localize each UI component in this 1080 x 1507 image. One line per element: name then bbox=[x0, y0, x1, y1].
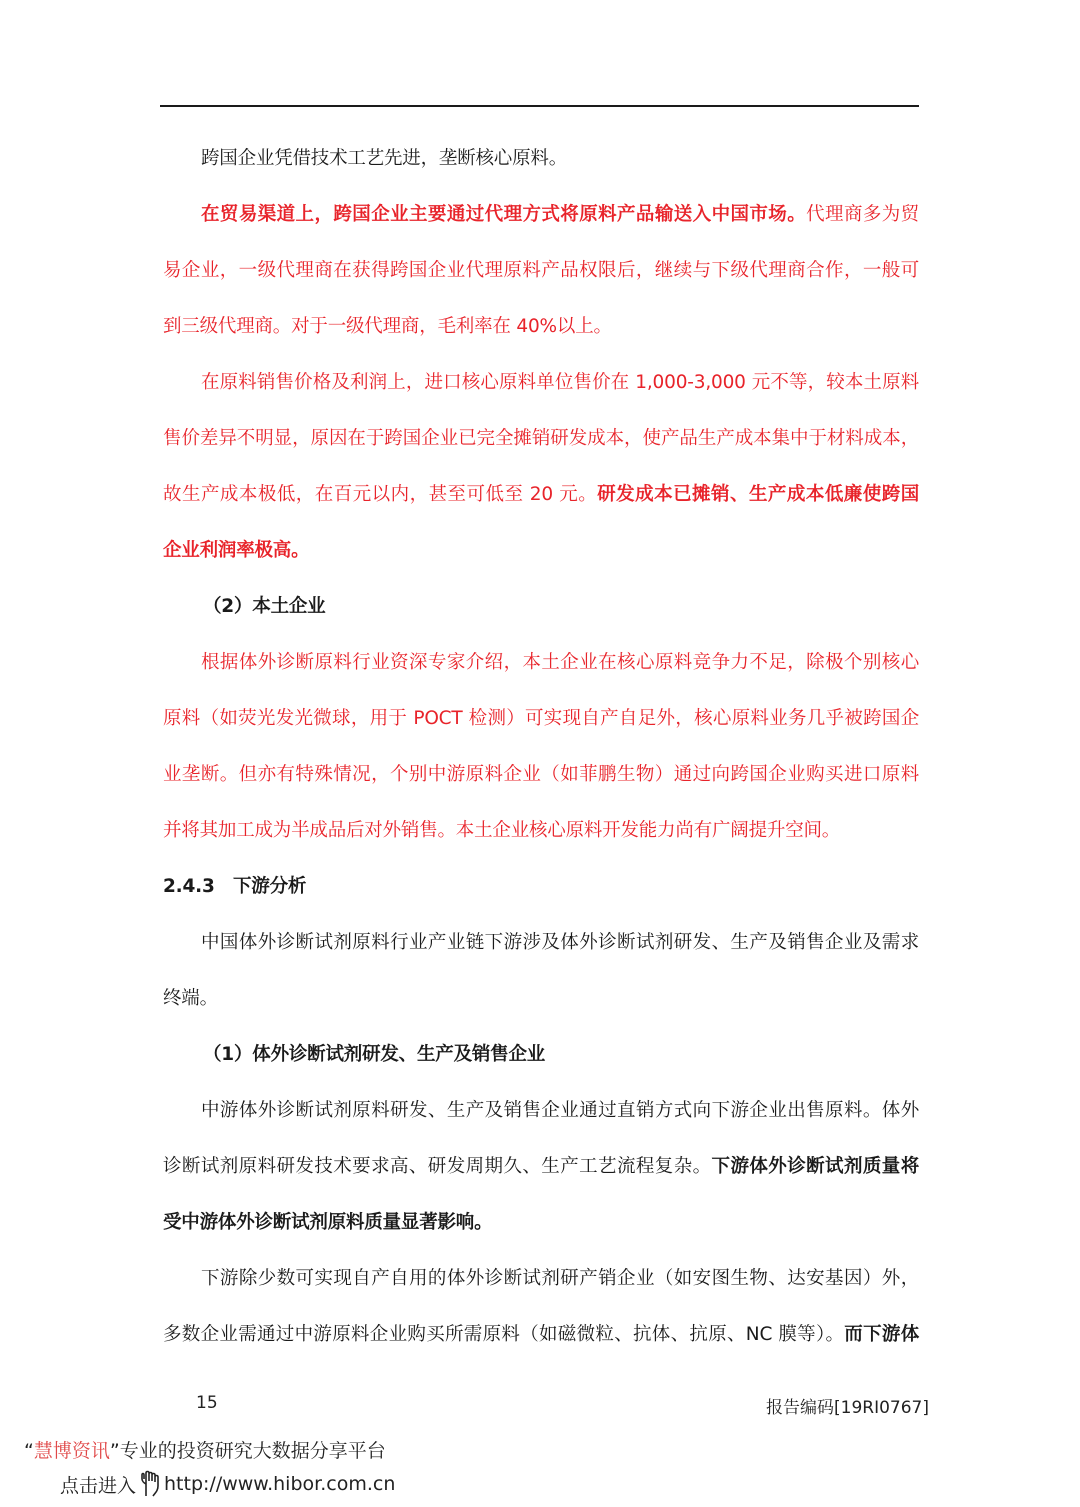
paragraph-line: 多数企业需通过中游原料企业购买所需原料（如磁微粒、抗体、抗原、NC 膜等）。而下… bbox=[163, 1323, 919, 1347]
subheading-ivd-enterprises: （1）体外诊断试剂研发、生产及销售企业 bbox=[203, 1043, 959, 1067]
quote-open: “ bbox=[24, 1440, 34, 1462]
paragraph-line: 售价差异不明显，原因在于跨国企业已完全摊销研发成本，使产品生产成本集中于材料成本… bbox=[163, 427, 919, 451]
bold-text: 而下游体 bbox=[844, 1324, 919, 1345]
paragraph-line: 易企业，一级代理商在获得跨国企业代理原料产品权限后，继续与下级代理商合作，一般可 bbox=[163, 259, 919, 283]
paragraph-line: 跨国企业凭借技术工艺先进，垄断核心原料。 bbox=[201, 147, 919, 171]
brand-name: 慧博资讯 bbox=[34, 1440, 110, 1462]
site-link[interactable]: http://www.hibor.com.cn bbox=[164, 1473, 395, 1495]
text: 故生产成本极低，在百元以内，甚至可低至 20 元。 bbox=[163, 484, 597, 505]
subheading-local-enterprises: （2）本土企业 bbox=[203, 595, 959, 619]
paragraph-line: 在贸易渠道上，跨国企业主要通过代理方式将原料产品输送入中国市场。代理商多为贸 bbox=[201, 203, 919, 227]
quote-close: ” bbox=[110, 1440, 120, 1462]
paragraph-line: 企业利润率极高。 bbox=[163, 539, 919, 563]
paragraph-line: 受中游体外诊断试剂原料质量显著影响。 bbox=[163, 1211, 919, 1235]
text: 诊断试剂原料研发技术要求高、研发周期久、生产工艺流程复杂。 bbox=[163, 1156, 712, 1177]
paragraph-line: 中国体外诊断试剂原料行业产业链下游涉及体外诊断试剂研发、生产及销售企业及需求 bbox=[201, 931, 919, 955]
text: 代理商多为贸 bbox=[806, 204, 919, 225]
tagline-text: 专业的投资研究大数据分享平台 bbox=[120, 1440, 386, 1462]
report-code: 报告编码[19RI0767] bbox=[766, 1393, 929, 1418]
paragraph-line: 诊断试剂原料研发技术要求高、研发周期久、生产工艺流程复杂。下游体外诊断试剂质量将 bbox=[163, 1155, 919, 1179]
paragraph-line: 并将其加工成为半成品后对外销售。本土企业核心原料开发能力尚有广阔提升空间。 bbox=[163, 819, 919, 843]
paragraph-line: 在原料销售价格及利润上，进口核心原料单位售价在 1,000-3,000 元不等，… bbox=[201, 371, 919, 395]
bold-text: 在贸易渠道上，跨国企业主要通过代理方式将原料产品输送入中国市场。 bbox=[201, 204, 806, 225]
paragraph-line: 根据体外诊断原料行业资深专家介绍，本土企业在核心原料竞争力不足，除极个别核心 bbox=[201, 651, 919, 675]
page-number: 15 bbox=[196, 1393, 218, 1413]
text: 多数企业需通过中游原料企业购买所需原料（如磁微粒、抗体、抗原、NC 膜等）。 bbox=[163, 1324, 844, 1345]
paragraph-line: 下游除少数可实现自产自用的体外诊断试剂研产销企业（如安图生物、达安基因）外， bbox=[201, 1267, 919, 1291]
watermark-tagline: “慧博资讯”专业的投资研究大数据分享平台 bbox=[24, 1436, 386, 1463]
section-heading-downstream: 2.4.3 下游分析 bbox=[163, 875, 919, 899]
bold-text: 下游体外诊断试剂质量将 bbox=[712, 1156, 919, 1177]
paragraph-line: 中游体外诊断试剂原料研发、生产及销售企业通过直销方式向下游企业出售原料。体外 bbox=[201, 1099, 919, 1123]
paragraph-line: 业垄断。但亦有特殊情况，个别中游原料企业（如菲鹏生物）通过向跨国企业购买进口原料 bbox=[163, 763, 919, 787]
paragraph-line: 终端。 bbox=[163, 987, 919, 1011]
paragraph-line: 故生产成本极低，在百元以内，甚至可低至 20 元。研发成本已摊销、生产成本低廉使… bbox=[163, 483, 919, 507]
paragraph-line: 到三级代理商。对于一级代理商，毛利率在 40%以上。 bbox=[163, 315, 919, 339]
watermark-link-row[interactable]: 点击进入 http://www.hibor.com.cn bbox=[60, 1470, 395, 1498]
pointing-hand-icon bbox=[139, 1470, 161, 1498]
paragraph-line: 原料（如荧光发光微球，用于 POCT 检测）可实现自产自足外，核心原料业务几乎被… bbox=[163, 707, 919, 731]
header-rule bbox=[160, 105, 919, 107]
cta-text: 点击进入 bbox=[60, 1471, 136, 1498]
bold-text: 研发成本已摊销、生产成本低廉使跨国 bbox=[597, 484, 919, 505]
